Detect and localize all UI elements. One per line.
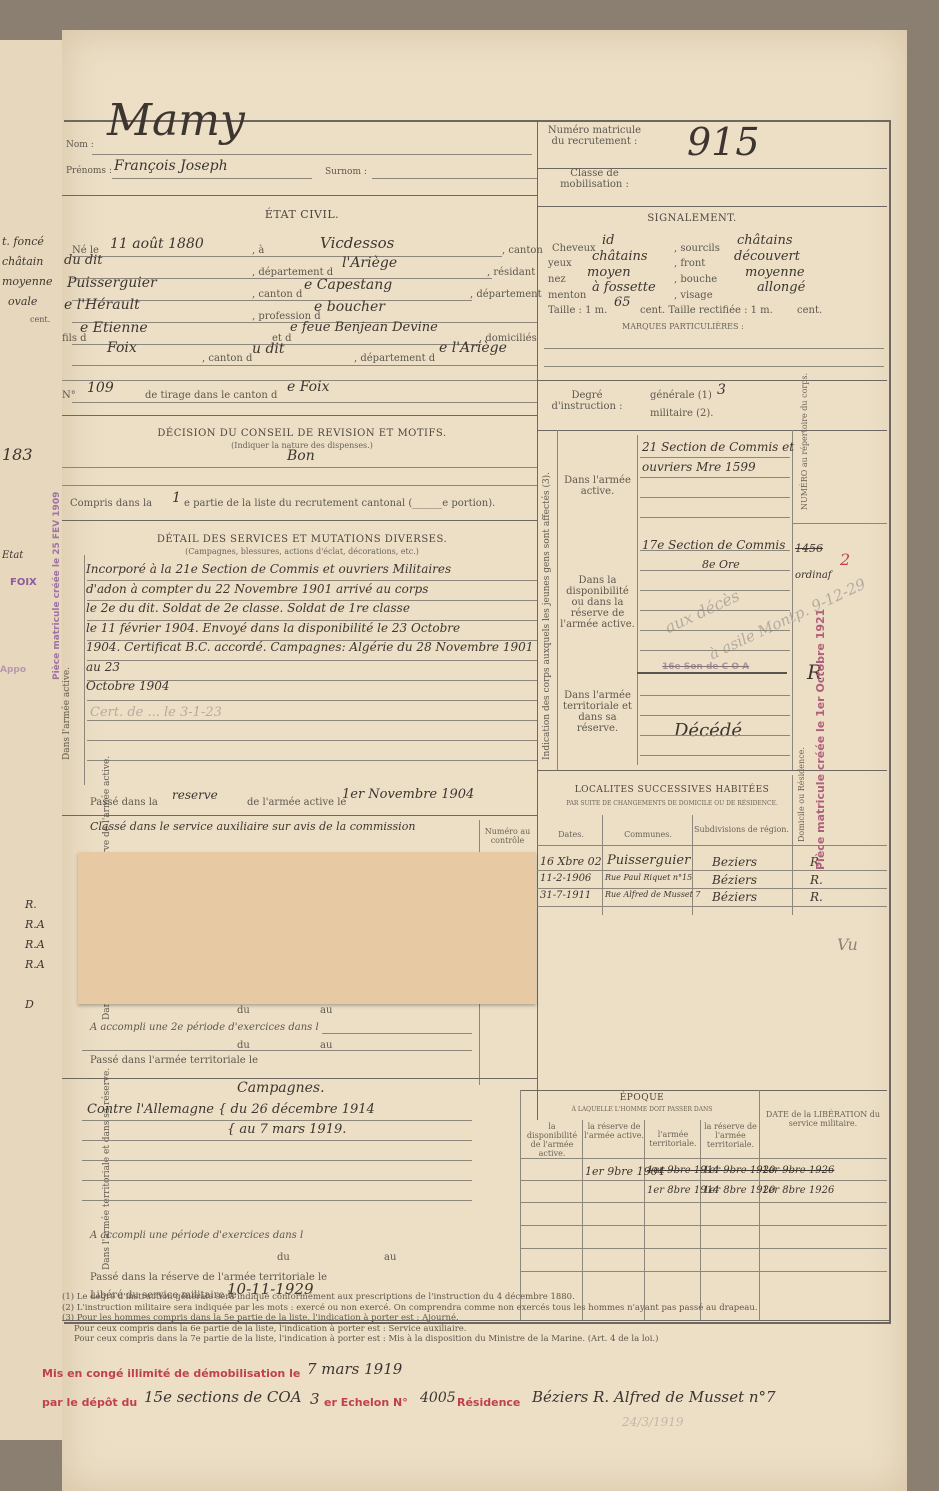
passe-label: Passé dans la [90,797,158,808]
matricule-value: 915 [687,120,760,164]
prev-fragment: 183 [2,445,33,464]
localite-subdivision: Béziers [712,890,757,904]
nom-label: Nom : [66,140,94,150]
localite-date: 11-2-1906 [540,873,591,884]
localite-date: 16 Xbre 02 [540,855,602,868]
corps-active-label: Dans l'armée active. [560,475,635,497]
cent-label: cent. [797,305,822,316]
corps-vertical-label: Indication des corps auxquels les jeunes… [542,472,552,760]
footnote: (3) Pour les hommes compris dans la 5e p… [62,1313,862,1324]
marques-label: MARQUES PARTICULIÈRES : [622,322,744,331]
campagnes-line-2: { au 7 mars 1919. [227,1122,346,1137]
corps-territoriale-label: Dans l'armée territoriale et dans sa rés… [560,690,635,734]
services-line: le 2e du dit. Soldat de 2e classe. Solda… [86,599,536,619]
prev-fragment: Etat [2,550,23,561]
conge-stamp: Mis en congé illimité de démobilisation … [42,1367,300,1380]
tirage-prefix: N° [62,390,76,401]
canton-res-label: , canton d [252,289,302,300]
depot-stamp: par le dépôt du [42,1396,137,1409]
dispo-numero-note: ordinaf [795,570,832,581]
yeux-value: châtains [592,249,648,264]
instruction-label: Degré d'instruction : [547,390,627,412]
compris-label: Compris dans la [70,498,152,509]
taille-value: 65 [614,295,631,310]
localites-subtitle: PAR SUITE DE CHANGEMENTS DE DOMICILE OU … [542,800,802,807]
localite-commune: Puisserguier [607,853,690,868]
residence-canton: e Capestang [304,277,392,293]
epoque-header: la réserve de l'armée active. [584,1122,644,1140]
epoque-header: l'armée territoriale. [646,1130,700,1148]
passe-value: reserve [172,788,218,802]
conge-date: 7 mars 1919 [307,1360,402,1378]
prev-fragment: ovale [8,295,37,308]
dispo-numero-struck: 1456 [795,542,823,555]
right-margin-pencil: Vu [837,935,858,954]
birth-date: 11 août 1880 [110,236,204,252]
localite-commune: Rue Alfred de Musset 7 [605,890,701,899]
dispo-stamp: 16e Son de C O A [662,662,749,672]
signalement-title: SIGNALEMENT. [622,213,762,224]
localites-title: LOCALITES SUCCESSIVES HABITÉES [542,785,802,795]
numero-controle-label: Numéro au contrôle [480,827,535,845]
register-page: Nom : Mamy Prénoms : François Joseph Sur… [62,30,907,1491]
departement-dom-label: , département d [354,353,435,364]
services-side-label: Dans l'armée active. [62,667,72,760]
epoque-header: la réserve de l'armée territoriale. [702,1122,759,1149]
service-auxiliaire-note: Classé dans le service auxiliaire sur av… [90,820,415,833]
cheveux-value: id [602,233,614,248]
compris-suffix: e partie de la liste du recrutement cant… [184,498,495,509]
localite-date: 31-7-1911 [540,890,591,901]
prev-fragment: Appo [0,665,26,675]
taille-label: Taille : 1 m. [548,305,607,316]
localites-header-communes: Communes. [604,830,692,839]
localites-header-domicile: Domicile ou Résidence. [797,747,806,842]
prev-fragment: cent. [30,315,50,324]
corps-active-2: ouvriers Mre 1599 [642,460,756,474]
yeux-label: yeux [548,258,572,269]
front-label: , front [674,258,705,269]
services-line: Incorporé à la 21e Section de Commis et … [86,560,536,580]
dispo-numero-red: 2 [840,550,850,569]
prenoms-label: Prénoms : [66,166,112,176]
a-label: , à [252,245,264,256]
sourcils-value: châtains [737,233,793,248]
epoque-header: la disponibilité de l'armée active. [522,1122,582,1158]
birth-departement: l'Ariège [342,255,397,271]
bouche-label: , bouche [674,274,717,285]
previous-page-edge: t. foncé châtain moyenne ovale cent. 183… [0,40,65,1440]
epoque-title: ÉPOQUE [532,1093,752,1103]
instruction-militaire-label: militaire (2). [650,408,713,419]
domicile-departement: e l'Ariège [439,340,507,356]
tirage-label: de tirage dans le canton d [145,390,277,401]
profession: e boucher [314,299,385,315]
services-line: le 11 février 1904. Envoyé dans la dispo… [86,619,536,639]
cheveux-label: Cheveux [552,243,596,254]
campagnes-line-1: Contre l'Allemagne { du 26 décembre 1914 [87,1102,375,1117]
prev-fragment: R.A [25,958,45,971]
father-name: e Etienne [80,320,148,336]
sourcils-label: , sourcils [674,243,720,254]
corps-territoriale-value: Décédé [674,720,742,741]
prev-fragment: t. foncé [2,235,44,248]
menton-value: à fossette [592,280,656,295]
parents-domicile: Foix [107,340,137,356]
decision-value: Bon [287,448,315,464]
visage-label: , visage [674,290,713,301]
bouche-value: moyenne [745,265,805,280]
services-line: 1904. Certificat B.C. accordé. Campagnes… [86,638,536,677]
residence-value: Béziers R. Alfred de Musset n°7 [532,1388,776,1406]
passe-mid-label: de l'armée active le [247,797,346,808]
corps-active-1: 21 Section de Commis et [642,440,794,454]
residence-departement: e l'Hérault [64,297,140,313]
localites-header-subdivisions: Subdivisions de région. [694,825,789,834]
matricule-label: Numéro matricule du recrutement : [547,125,642,147]
prev-fragment: châtain [2,255,43,268]
corps-dispo-label: Dans la disponibilité ou dans la réserve… [560,575,635,630]
instruction-generale-value: 3 [717,382,726,398]
du-label: du [277,1252,290,1263]
au-label: au [320,1005,332,1016]
footnote: (1) Le degré d'instruction générale sera… [62,1292,862,1303]
mother-name: e feue Benjean Devine [290,320,438,335]
periode-label: A accompli une période d'exercices dans … [90,1230,303,1241]
tirage-numero: 109 [87,380,114,396]
departement-res-label: , département [470,289,542,300]
liberation-date-header: DATE de la LIBÉRATION du service militai… [762,1110,884,1128]
localite-subdivision: Beziers [712,855,757,869]
du-label: du [237,1005,250,1016]
residence-stamp: Résidence [457,1396,520,1409]
faded-pencil-note: Cert. de ... le 3-1-23 [90,705,222,720]
echelon-stamp: er Echelon N° [324,1396,408,1409]
footnotes: (1) Le degré d'instruction générale sera… [62,1292,862,1345]
decision-title: DÉCISION DU CONSEIL DE REVISION ET MOTIF… [92,428,512,439]
footnote: Pour ceux compris dans la 6e partie de l… [62,1324,862,1335]
canton-dom-label: , canton d [202,353,252,364]
numero-repertoire-label: NUMÉRO au répertoire du corps. [800,373,809,510]
residence: Puisserguier [67,275,157,291]
surnom-label: Surnom : [325,167,367,177]
echelon-numero: 4005 [420,1390,456,1406]
nom-value: Mamy [107,95,245,146]
periode2-label: A accompli une 2e période d'exercices da… [90,1022,319,1033]
localites-header-dates: Dates. [540,830,602,839]
services-title: DÉTAIL DES SERVICES ET MUTATIONS DIVERSE… [102,534,502,545]
birth-place: Vicdessos [320,234,394,252]
au-label: au [384,1252,396,1263]
prenoms-value: François Joseph [114,158,228,174]
localite-type: R. [810,890,823,904]
prev-fragment: R.A [25,938,45,951]
depot-value: 15e sections de COA [144,1388,302,1406]
prev-fragment: FOIX [10,577,37,588]
prev-fragment: moyenne [2,275,52,288]
visage-value: allongé [757,280,805,295]
nez-label: nez [548,274,566,285]
localite-commune: Rue Paul Riquet n°15 [605,873,692,882]
domicile-canton: u dit [252,341,285,357]
instruction-generale-label: générale (1) [650,390,712,401]
menton-label: menton [548,290,586,301]
front-value: découvert [734,249,800,264]
localite-type: R. [810,873,823,887]
prev-fragment: R.A [25,918,45,931]
passe-territoriale-label: Passé dans l'armée territoriale le [90,1055,258,1066]
prev-fragment: D [25,998,34,1011]
etat-civil-title: ÉTAT CIVIL. [212,208,392,221]
prev-page-stamp: Pièce matricule créée le 25 FEV 1909 [52,492,62,680]
echelon-value: 3 [310,1390,320,1408]
classe-label: Classe de mobilisation : [547,168,642,190]
taille-rect-label: cent. Taille rectifiée : 1 m. [640,305,773,316]
pasted-paper-slip [78,852,536,1004]
services-subtitle: (Campagnes, blessures, actions d'éclat, … [102,547,502,556]
footnote: Pour ceux compris dans la 7e partie de l… [62,1334,862,1345]
faded-bottom-note: 24/3/1919 [622,1415,684,1429]
epoque-value-corrected: 1er 8bre 1926 [762,1185,834,1196]
localite-subdivision: Béziers [712,873,757,887]
campagnes-title: Campagnes. [237,1080,325,1096]
epoque-subtitle: À LAQUELLE L'HOMME DOIT PASSER DANS [532,1106,752,1113]
right-margin-stamp: Pièce matricule créée le 1er Octobre 192… [814,609,827,870]
prev-fragment: R. [25,898,37,911]
epoque-value-struck: 1er 9bre 1926 [762,1165,834,1176]
footnote: (2) L'instruction militaire sera indiqué… [62,1303,862,1314]
compris-partie: 1 [172,490,181,506]
nez-value: moyen [587,265,631,280]
residant-label: , résidant [487,267,535,278]
tirage-canton: e Foix [287,379,330,395]
birth-canton: du dit [64,253,103,268]
canton-label: , canton [502,245,543,256]
passe-date: 1er Novembre 1904 [342,787,474,802]
services-line: d'adon à compter du 22 Novembre 1901 arr… [86,580,536,600]
